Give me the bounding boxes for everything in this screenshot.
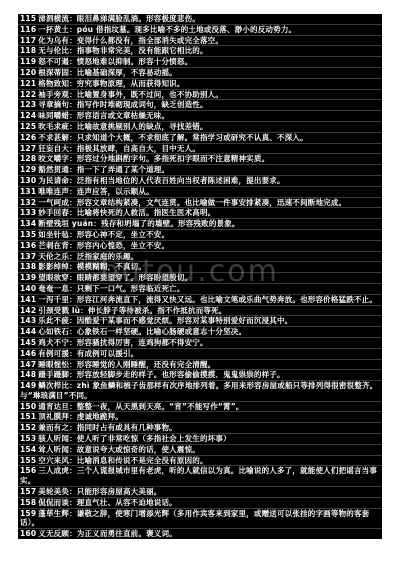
entry-term: 袖手旁观： xyxy=(38,90,77,99)
entry-number: 122 xyxy=(20,90,36,99)
list-item: 148蹑手蹑脚：形容放轻脚步走的样子。也形容偷偷摸摸、鬼鬼祟祟的样子。 xyxy=(18,370,382,381)
list-item: 115涕泗横流：眼泪鼻涕满脸乱淌。形容极度悲伤。 xyxy=(18,14,382,25)
entry-definition: 指同时占有或具有几种事物。 xyxy=(77,423,177,432)
entry-term: 豁然贯通： xyxy=(38,165,77,174)
entry-definition: 变得什么都没有，指全部消失或完全落空。 xyxy=(77,36,223,45)
list-item: 149鳞次栉比：zhì 象鱼鳞和梳子齿那样有次序地排列着。多用来形容房屋或船只等… xyxy=(18,381,382,402)
entry-term: 怒不可遏： xyxy=(38,57,77,66)
entry-definition: 比喻基础深厚，不容易动摇。 xyxy=(77,68,177,77)
list-item: 151顶礼膜拜：虔诚地跪拜。 xyxy=(18,412,382,423)
entry-definition: 因酷爱干某事而不感觉厌烦。形容对某事特别爱好而沉浸其中。 xyxy=(77,316,293,325)
entry-term: 如坐针毡： xyxy=(38,230,77,239)
entry-term: 蹑手蹑脚： xyxy=(38,370,77,379)
entry-definition: 虔诚地跪拜。 xyxy=(77,412,123,421)
entry-definition: 眼泪鼻涕满脸乱淌。形容极度悲伤。 xyxy=(77,14,200,23)
list-item: 116一抔黄土：póu 借指坟墓。现多比喻不多的土地或没落、渺小的反动势力。 xyxy=(18,25,382,36)
entry-definition: 为正义而勇往直前。褒义词。 xyxy=(77,529,177,538)
entry-number: 117 xyxy=(20,36,36,45)
list-item: 124味同嚼蜡：形容语言或文章枯燥无味。 xyxy=(18,111,382,122)
list-item: 137天伦之乐：泛指家庭的乐趣。 xyxy=(18,252,382,263)
entry-term: 义无反顾： xyxy=(38,529,77,538)
entry-definition: 比喻置身事外，既不过问，也不协助别人。 xyxy=(77,90,223,99)
entry-number: 115 xyxy=(20,14,36,23)
entry-definition: 形容睡觉的人刚睡醒，还没有完全清醒。 xyxy=(77,360,216,369)
entry-term: 睡眼惺忪： xyxy=(38,360,77,369)
entry-term: 吹毛求疵： xyxy=(38,122,77,131)
list-item: 135如坐针毡：形容心神不定，坐立不安。 xyxy=(18,230,382,241)
entry-number: 116 xyxy=(20,25,36,34)
entry-term: 引颈受戮 lù： xyxy=(38,306,88,315)
entry-definition: 心象铁石一样坚硬。比喻心肠硬或意志十分坚决。 xyxy=(77,327,246,336)
entry-number: 118 xyxy=(20,46,36,55)
entry-definition: 愤怒地难以抑制。形容十分愤怒。 xyxy=(77,57,193,66)
entry-number: 148 xyxy=(20,370,36,379)
entry-definition: 使人听了非常吃惊（多指社会上发生的坏事） xyxy=(77,434,231,443)
list-item: 118无与伦比：指事物非常完美，没有能跟它相比的。 xyxy=(18,46,382,57)
entry-term: 望眼欲穿： xyxy=(38,273,77,282)
entry-number: 160 xyxy=(20,529,36,538)
entry-number: 124 xyxy=(20,111,36,120)
list-item: 120根深蒂固：比喻基础深厚，不容易动摇。 xyxy=(18,68,382,79)
list-item: 117化为乌有：变得什么都没有，指全部消失或完全落空。 xyxy=(18,36,382,47)
entry-term: 咬文嚼字： xyxy=(38,154,77,163)
entry-number: 128 xyxy=(20,154,36,163)
list-item: 155空穴来风：比喻消息和传说不是完全没有原因的。 xyxy=(18,456,382,467)
entry-term: 鸡犬不宁： xyxy=(38,338,77,347)
entry-term: 美轮美奂： xyxy=(38,487,77,496)
list-item: 143乐此不疲：因酷爱干某事而不感觉厌烦。形容对某事特别爱好而沉浸其中。 xyxy=(18,316,382,327)
list-item: 125吹毛求疵：比喻故意挑剔别人的缺点，寻找差错。 xyxy=(18,122,382,133)
list-item: 139望眼欲穿：眼睛都要望穿了。形容盼望殷切。 xyxy=(18,273,382,284)
entry-term: 顶礼膜拜： xyxy=(38,412,77,421)
entry-definition: 伸长脖子等待被杀。指不作抵抗而等死。 xyxy=(88,306,227,315)
entry-term: 涕泗横流： xyxy=(38,14,77,23)
entry-term: 无与伦比： xyxy=(38,46,77,55)
entry-definition: 形容语言或文章枯燥无味。 xyxy=(77,111,169,120)
list-item: 157美轮美奂：只能形容房屋高大美丽。 xyxy=(18,487,382,498)
list-item: 130为民请命：泛指有相当地位的人代表百姓向当权者陈述困难，提出要求。 xyxy=(18,176,382,187)
entry-definition: 残存和坍塌了的墙壁。形容残败的景象。 xyxy=(101,219,240,228)
entry-definition: 只求知道个大概，不求彻底了解。常指学习或研究不认真、不深入。 xyxy=(77,133,308,142)
entry-term: 味同嚼蜡： xyxy=(38,111,77,120)
entry-term: 通宵达旦： xyxy=(38,402,77,411)
list-item: 131唯唯连声：连声应答，以示顺从。 xyxy=(18,187,382,198)
entry-definition: 穷究事物原理，从而获得知识。 xyxy=(77,79,185,88)
entry-definition: 眼睛都要望穿了。形容盼望殷切。 xyxy=(77,273,193,282)
entry-term: 影影绰绰： xyxy=(38,262,77,271)
entry-number: 134 xyxy=(20,219,36,228)
entry-number: 136 xyxy=(20,241,36,250)
list-item: 121格物致知：穷究事物原理，从而获得知识。 xyxy=(18,79,382,90)
entry-term: 心如铁石： xyxy=(38,327,77,336)
entry-definition: 比喻将快死的人救活。指医生医术高明。 xyxy=(77,208,216,217)
entry-number: 119 xyxy=(20,57,36,66)
entry-number: 140 xyxy=(20,284,36,293)
list-item: 134断壁残垣 yuán：残存和坍塌了的墙壁。形容残败的景象。 xyxy=(18,219,382,230)
entry-number: 132 xyxy=(20,198,36,207)
entry-number: 142 xyxy=(20,306,36,315)
entry-term: 不求甚解： xyxy=(38,133,77,142)
entry-number: 127 xyxy=(20,144,36,153)
entry-definition: 理直气壮、从容不迫地说话。 xyxy=(77,498,177,507)
list-item: 140奄奄一息：只剩下一口气。形容临近死亡。 xyxy=(18,284,382,295)
entry-definition: 形容过分地斟酌字句。多指死扣字眼而不注意精神实质。 xyxy=(77,154,270,163)
entry-definition: 形容江河奔流直下，流得又快又远。也比喻文笔或乐曲气势奔放。也形容价格猛跌不止。 xyxy=(77,295,377,304)
list-item: 150通宵达旦：整整一夜，从天黑到天亮。“宵”不能写作“霄”。 xyxy=(18,402,382,413)
entry-term: 空穴来风： xyxy=(38,456,77,465)
entry-definition: 泛指有相当地位的人代表百姓向当权者陈述困难，提出要求。 xyxy=(77,176,285,185)
entry-number: 143 xyxy=(20,316,36,325)
list-item: 146有例可援：有成例可以援引。 xyxy=(18,349,382,360)
entry-number: 150 xyxy=(20,402,36,411)
entry-definition: 指一下了弄通了某个道理。 xyxy=(77,165,169,174)
entry-term: 一抔黄土： xyxy=(38,25,77,34)
entry-term: 三人成虎： xyxy=(38,466,77,475)
entry-term: 耸人听闻： xyxy=(38,445,77,454)
list-item: 129豁然贯通：指一下了弄通了某个道理。 xyxy=(18,165,382,176)
entry-number: 149 xyxy=(20,381,36,390)
entry-number: 155 xyxy=(20,456,36,465)
list-item: 153骇人听闻：使人听了非常吃惊（多指社会上发生的坏事） xyxy=(18,434,382,445)
entry-definition: 只能形容房屋高大美丽。 xyxy=(77,487,162,496)
list-item: 159蓬荜生辉：谦敬之辞，使寒门增添光辉（多用作宾客来到家里，或赠送可以张挂的字… xyxy=(18,509,382,530)
entry-number: 139 xyxy=(20,273,36,282)
entry-definition: 指写作时堆砌现成词句，缺乏创造性。 xyxy=(77,100,208,109)
entry-term: 为民请命： xyxy=(38,176,77,185)
entry-number: 154 xyxy=(20,445,36,454)
entry-definition: 形容骚扰得厉害，连鸡狗都不得安宁。 xyxy=(77,338,208,347)
list-item: 123寻章摘句：指写作时堆砌现成词句，缺乏创造性。 xyxy=(18,100,382,111)
list-item: 142引颈受戮 lù：伸长脖子等待被杀。指不作抵抗而等死。 xyxy=(18,306,382,317)
entry-term: 乐此不疲： xyxy=(38,316,77,325)
entry-number: 121 xyxy=(20,79,36,88)
entry-term: 断壁残垣 yuán： xyxy=(38,219,101,228)
entry-term: 一气呵成： xyxy=(38,198,77,207)
list-item: 160义无反顾：为正义而勇往直前。褒义词。 xyxy=(18,529,382,539)
entry-term: 格物致知： xyxy=(38,79,77,88)
list-item: 144心如铁石：心象铁石一样坚硬。比喻心肠硬或意志十分坚决。 xyxy=(18,327,382,338)
entry-term: 骇人听闻： xyxy=(38,434,77,443)
entry-term: 根深蒂固： xyxy=(38,68,77,77)
entry-term: 奄奄一息： xyxy=(38,284,77,293)
idiom-list: 115涕泗横流：眼泪鼻涕满脸乱淌。形容极度悲伤。 116一抔黄土：póu 借指坟… xyxy=(18,14,382,539)
entry-term: 兼而有之： xyxy=(38,423,77,432)
entry-definition: 整整一夜，从天黑到天亮。“宵”不能写作“霄”。 xyxy=(77,402,244,411)
entry-number: 125 xyxy=(20,122,36,131)
entry-number: 145 xyxy=(20,338,36,347)
list-item: 126不求甚解：只求知道个大概，不求彻底了解。常指学习或研究不认真、不深入。 xyxy=(18,133,382,144)
entry-number: 138 xyxy=(20,262,36,271)
entry-definition: 连声应答，以示顺从。 xyxy=(77,187,154,196)
entry-term: 狂妄自大： xyxy=(38,144,77,153)
entry-definition: 比喻消息和传说不是完全没有原因的。 xyxy=(77,456,208,465)
entry-number: 129 xyxy=(20,165,36,174)
entry-number: 131 xyxy=(20,187,36,196)
entry-definition: 比喻故意挑剔别人的缺点，寻找差错。 xyxy=(77,122,208,131)
list-item: 141一泻千里：形容江河奔流直下，流得又快又远。也比喻文笔或乐曲气势奔放。也形容… xyxy=(18,295,382,306)
entry-number: 130 xyxy=(20,176,36,185)
entry-term: 一泻千里： xyxy=(38,295,77,304)
entry-term: 有例可援： xyxy=(38,349,77,358)
entry-definition: 形容心神不定，坐立不安。 xyxy=(77,230,169,239)
entry-number: 156 xyxy=(20,466,36,475)
entry-definition: 有成例可以援引。 xyxy=(77,349,139,358)
list-item: 136芒刺在背：形容内心惶恐，坐立不安。 xyxy=(18,241,382,252)
list-item: 132一气呵成：形容文章结构紧凑，文气连贯。也比喻做一件事安排紧凑，迅速不间断地… xyxy=(18,198,382,209)
list-item: 127狂妄自大：指极其放肆，自高自大，目中无人。 xyxy=(18,144,382,155)
entry-number: 152 xyxy=(20,423,36,432)
entry-definition: 故意说夸大或惊奇的话，使人震惊。 xyxy=(77,445,200,454)
entry-definition: 模模糊糊，不真切。 xyxy=(77,262,146,271)
entry-definition: 形容文章结构紧凑，文气连贯。也比喻做一件事安排紧凑，迅速不间断地完成。 xyxy=(77,198,347,207)
entry-number: 133 xyxy=(20,208,36,217)
list-item: 158侃侃而谈：理直气壮、从容不迫地说话。 xyxy=(18,498,382,509)
entry-number: 120 xyxy=(20,68,36,77)
list-item: 156三人成虎：三个人谎报城市里有老虎，听的人就信以为真。比喻说的人多了，就能使… xyxy=(18,466,382,487)
entry-term: 鳞次栉比： xyxy=(38,381,77,390)
entry-definition: 只剩下一口气。形容临近死亡。 xyxy=(77,284,185,293)
entry-term: 寻章摘句： xyxy=(38,100,77,109)
entry-number: 147 xyxy=(20,360,36,369)
entry-number: 137 xyxy=(20,252,36,261)
document-page: 115涕泗横流：眼泪鼻涕满脸乱淌。形容极度悲伤。 116一抔黄土：póu 借指坟… xyxy=(0,0,400,566)
entry-number: 126 xyxy=(20,133,36,142)
list-item: 145鸡犬不宁：形容骚扰得厉害，连鸡狗都不得安宁。 xyxy=(18,338,382,349)
list-item: 152兼而有之：指同时占有或具有几种事物。 xyxy=(18,423,382,434)
entry-term: 唯唯连声： xyxy=(38,187,77,196)
entry-term: 蓬荜生辉： xyxy=(38,509,77,518)
entry-number: 157 xyxy=(20,487,36,496)
entry-number: 141 xyxy=(20,295,36,304)
entry-definition: 泛指家庭的乐趣。 xyxy=(77,252,139,261)
entry-number: 123 xyxy=(20,100,36,109)
entry-term: 侃侃而谈： xyxy=(38,498,77,507)
entry-number: 153 xyxy=(20,434,36,443)
entry-term: 化为乌有： xyxy=(38,36,77,45)
list-item: 154耸人听闻：故意说夸大或惊奇的话，使人震惊。 xyxy=(18,445,382,456)
entry-number: 159 xyxy=(20,509,36,518)
list-item: 147睡眼惺忪：形容睡觉的人刚睡醒，还没有完全清醒。 xyxy=(18,360,382,371)
list-item: 119怒不可遏：愤怒地难以抑制。形容十分愤怒。 xyxy=(18,57,382,68)
list-item: 122袖手旁观：比喻置身事外，既不过问，也不协助别人。 xyxy=(18,90,382,101)
entry-definition: póu 借指坟墓。现多比喻不多的土地或没落、渺小的反动势力。 xyxy=(77,25,296,34)
list-item: 133妙手回春：比喻将快死的人救活。指医生医术高明。 xyxy=(18,208,382,219)
entry-term: 芒刺在背： xyxy=(38,241,77,250)
entry-term: 妙手回春： xyxy=(38,208,77,217)
entry-number: 135 xyxy=(20,230,36,239)
list-item: 138影影绰绰：模模糊糊，不真切。 xyxy=(18,262,382,273)
entry-number: 151 xyxy=(20,412,36,421)
entry-definition: 形容放轻脚步走的样子。也形容偷偷摸摸、鬼鬼祟祟的样子。 xyxy=(77,370,285,379)
entry-number: 146 xyxy=(20,349,36,358)
entry-number: 144 xyxy=(20,327,36,336)
entry-definition: 形容内心惶恐，坐立不安。 xyxy=(77,241,169,250)
entry-definition: 指极其放肆，自高自大，目中无人。 xyxy=(77,144,200,153)
list-item: 128咬文嚼字：形容过分地斟酌字句。多指死扣字眼而不注意精神实质。 xyxy=(18,154,382,165)
entry-number: 158 xyxy=(20,498,36,507)
entry-term: 天伦之乐： xyxy=(38,252,77,261)
entry-definition: 指事物非常完美，没有能跟它相比的。 xyxy=(77,46,208,55)
